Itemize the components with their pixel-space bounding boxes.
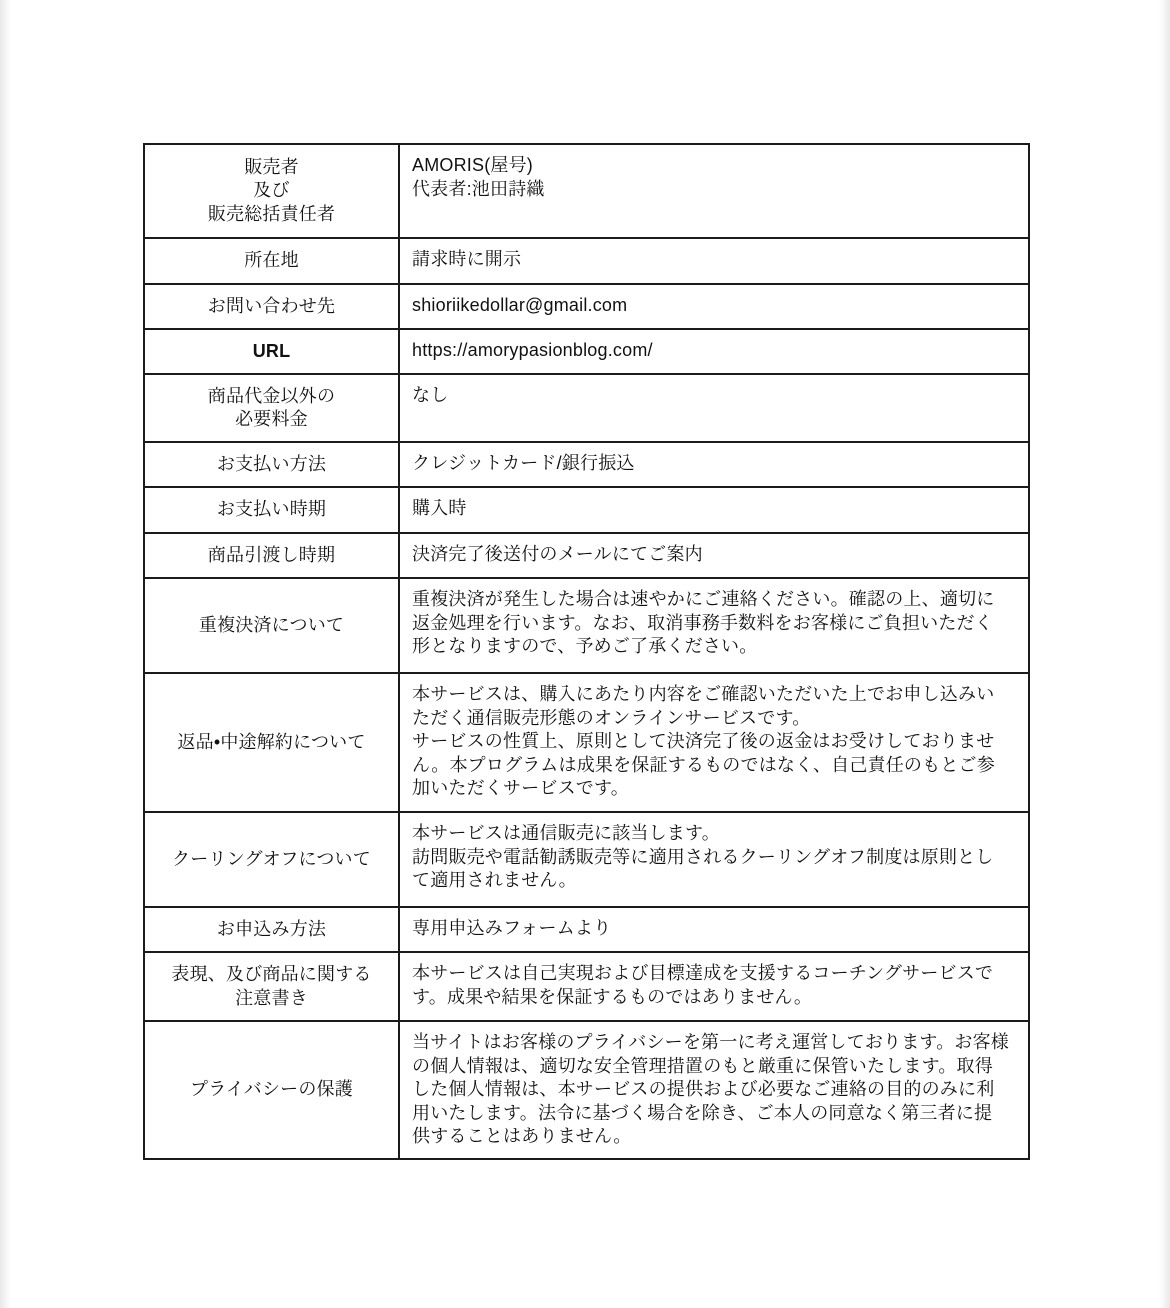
row-value-url: https://amorypasionblog.com/ (399, 329, 1029, 374)
row-value-cooling-off: 本サービスは通信販売に該当します。 訪問販売や電話勧誘販売等に適用されるクーリン… (399, 812, 1029, 907)
table-row-contact: お問い合わせ先 shioriikedollar@gmail.com (144, 284, 1029, 329)
table-row-duplicate-payment: 重複決済について 重複決済が発生した場合は速やかにご連絡ください。確認の上、適切… (144, 578, 1029, 673)
row-value-delivery-timing: 決済完了後送付のメールにてご案内 (399, 533, 1029, 578)
row-label-disclaimer: 表現、及び商品に関する 注意書き (144, 952, 399, 1021)
row-value-extra-fees: なし (399, 374, 1029, 442)
row-label-payment-timing: お支払い時期 (144, 487, 399, 533)
row-label-address: 所在地 (144, 238, 399, 284)
table-row-url: URL https://amorypasionblog.com/ (144, 329, 1029, 374)
commercial-disclosure-table: 販売者 及び 販売総括責任者 AMORIS(屋号) 代表者:池田詩織 所在地 請… (143, 143, 1030, 1160)
row-value-duplicate-payment: 重複決済が発生した場合は速やかにご連絡ください。確認の上、適切に返金処理を行いま… (399, 578, 1029, 673)
row-label-url: URL (144, 329, 399, 374)
table-row-privacy: プライバシーの保護 当サイトはお客様のプライバシーを第一に考え運営しております。… (144, 1021, 1029, 1159)
row-label-returns: 返品•中途解約について (144, 673, 399, 812)
row-label-delivery-timing: 商品引渡し時期 (144, 533, 399, 578)
row-label-seller: 販売者 及び 販売総括責任者 (144, 144, 399, 238)
table-row-extra-fees: 商品代金以外の 必要料金 なし (144, 374, 1029, 442)
row-label-cooling-off: クーリングオフについて (144, 812, 399, 907)
row-value-address: 請求時に開示 (399, 238, 1029, 284)
row-label-contact: お問い合わせ先 (144, 284, 399, 329)
page-edge-right-strip (1159, 0, 1170, 1308)
table-row-payment-timing: お支払い時期 購入時 (144, 487, 1029, 533)
table-row-delivery-timing: 商品引渡し時期 決済完了後送付のメールにてご案内 (144, 533, 1029, 578)
row-label-application-method: お申込み方法 (144, 907, 399, 952)
page: 販売者 及び 販売総括責任者 AMORIS(屋号) 代表者:池田詩織 所在地 請… (0, 0, 1170, 1308)
table-row-disclaimer: 表現、及び商品に関する 注意書き 本サービスは自己実現および目標達成を支援するコ… (144, 952, 1029, 1021)
table-row-returns: 返品•中途解約について 本サービスは、購入にあたり内容をご確認いただいた上でお申… (144, 673, 1029, 812)
row-value-returns: 本サービスは、購入にあたり内容をご確認いただいた上でお申し込みいただく通信販売形… (399, 673, 1029, 812)
row-label-privacy: プライバシーの保護 (144, 1021, 399, 1159)
row-label-payment-method: お支払い方法 (144, 442, 399, 487)
table-row-seller: 販売者 及び 販売総括責任者 AMORIS(屋号) 代表者:池田詩織 (144, 144, 1029, 238)
row-value-payment-timing: 購入時 (399, 487, 1029, 533)
row-value-payment-method: クレジットカード/銀行振込 (399, 442, 1029, 487)
row-value-seller: AMORIS(屋号) 代表者:池田詩織 (399, 144, 1029, 238)
row-value-disclaimer: 本サービスは自己実現および目標達成を支援するコーチングサービスです。成果や結果を… (399, 952, 1029, 1021)
row-label-extra-fees: 商品代金以外の 必要料金 (144, 374, 399, 442)
row-value-privacy: 当サイトはお客様のプライバシーを第一に考え運営しております。お客様の個人情報は、… (399, 1021, 1029, 1159)
table-row-cooling-off: クーリングオフについて 本サービスは通信販売に該当します。 訪問販売や電話勧誘販… (144, 812, 1029, 907)
page-edge-left-strip (0, 0, 11, 1308)
row-label-duplicate-payment: 重複決済について (144, 578, 399, 673)
table-row-payment-method: お支払い方法 クレジットカード/銀行振込 (144, 442, 1029, 487)
table-row-application-method: お申込み方法 専用申込みフォームより (144, 907, 1029, 952)
row-value-contact-email: shioriikedollar@gmail.com (399, 284, 1029, 329)
table-row-address: 所在地 請求時に開示 (144, 238, 1029, 284)
row-value-application-method: 専用申込みフォームより (399, 907, 1029, 952)
